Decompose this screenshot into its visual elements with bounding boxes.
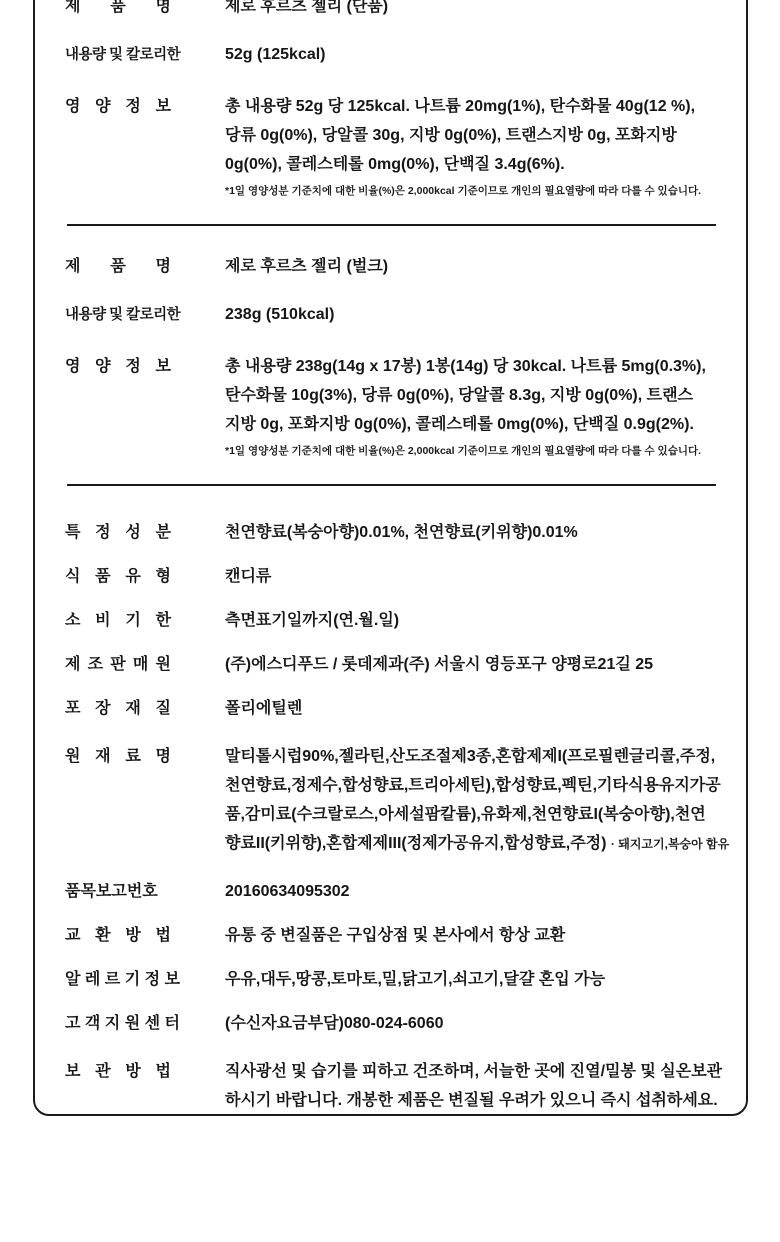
row-label: 내용량 및 칼로리한 [65,44,225,66]
row-value: 측면표기일까지(연.월.일) [225,610,740,632]
row-label-text: 보 관 방 법 [65,1057,171,1086]
row-value-text: 제로 후르츠 젤리 (벌크) [225,256,740,278]
row-value: (수신자요금부담)080-024-6060 [225,1013,740,1035]
table-row: 특 정 성 분 천연향료(복숭아향)0.01%, 천연향료(키위향)0.01% [65,522,740,544]
row-label-text: 교 환 방 법 [65,925,171,947]
table-row: 내용량 및 칼로리한 52g (125kcal) [65,44,740,66]
row-label: 보 관 방 법 [65,1057,225,1086]
row-label-text: 소 비 기 한 [65,610,171,632]
row-label-text: 제 조 판 매 원 [65,654,171,676]
section-product-bulk: 제 품 명 제로 후르츠 젤리 (벌크) 내용량 및 칼로리한 238g (51… [65,256,740,458]
row-value-text: 20160634095302 [225,881,740,903]
ingredients-text: 말티톨시럽90%,젤라틴,산도조절제3종,혼합제제I(프로필렌글리콜,주정, 천… [225,742,740,859]
table-row: 제 품 명 제로 후르츠 젤리 (단품) [65,0,740,18]
row-value-text: 캔디류 [225,566,740,588]
row-value: 말티톨시럽90%,젤라틴,산도조절제3종,혼합제제I(프로필렌글리콜,주정, 천… [225,742,740,859]
row-label: 제 조 판 매 원 [65,654,225,676]
row-label: 포 장 재 질 [65,698,225,720]
row-value-text: 238g (510kcal) [225,304,740,326]
section-divider [67,224,716,226]
row-label: 영 양 정 보 [65,92,225,121]
row-label-text: 특 정 성 분 [65,522,171,544]
row-value: 20160634095302 [225,881,740,903]
row-value-text: 우유,대두,땅콩,토마토,밀,닭고기,쇠고기,달걀 혼입 가능 [225,969,740,991]
row-label: 식 품 유 형 [65,566,225,588]
table-row: 영 양 정 보 총 내용량 238g(14g x 17봉) 1봉(14g) 당 … [65,352,740,458]
section-divider [67,484,716,486]
nutrition-text: 총 내용량 238g(14g x 17봉) 1봉(14g) 당 30kcal. … [225,352,740,439]
table-row: 제 조 판 매 원 (주)에스디푸드 / 롯데제과(주) 서울시 영등포구 양평… [65,654,740,676]
nutrition-text: 총 내용량 52g 당 125kcal. 나트륨 20mg(1%), 탄수화물 … [225,92,740,179]
row-label: 특 정 성 분 [65,522,225,544]
row-value: 폴리에틸렌 [225,698,740,720]
nutrition-footnote: *1일 영양성분 기준치에 대한 비율(%)은 2,000kcal 기준이므로 … [225,444,740,458]
table-row: 보 관 방 법 직사광선 및 습기를 피하고 건조하며, 서늘한 곳에 진열/밀… [65,1057,740,1115]
table-row: 원 재 료 명 말티톨시럽90%,젤라틴,산도조절제3종,혼합제제I(프로필렌글… [65,742,740,859]
table-row: 교 환 방 법 유통 중 변질품은 구입상점 및 본사에서 항상 교환 [65,925,740,947]
row-value-text: 폴리에틸렌 [225,698,740,720]
row-value: 우유,대두,땅콩,토마토,밀,닭고기,쇠고기,달걀 혼입 가능 [225,969,740,991]
table-row: 고 객 지 원 센 터 (수신자요금부담)080-024-6060 [65,1013,740,1035]
row-label: 내용량 및 칼로리한 [65,304,225,326]
row-label-text: 고 객 지 원 센 터 [65,1013,171,1035]
allergen-note: · 돼지고기,복숭아 함유 [611,837,729,851]
row-value: 총 내용량 52g 당 125kcal. 나트륨 20mg(1%), 탄수화물 … [225,92,740,198]
row-label: 고 객 지 원 센 터 [65,1013,225,1035]
row-label-text: 영 양 정 보 [65,92,171,121]
row-value: 제로 후르츠 젤리 (벌크) [225,256,740,278]
storage-text: 직사광선 및 습기를 피하고 건조하며, 서늘한 곳에 진열/밀봉 및 실온보관… [225,1057,740,1115]
row-value: 직사광선 및 습기를 피하고 건조하며, 서늘한 곳에 진열/밀봉 및 실온보관… [225,1057,740,1115]
table-row: 식 품 유 형 캔디류 [65,566,740,588]
row-label: 알 레 르 기 정 보 [65,969,225,991]
section-product-single: 제 품 명 제로 후르츠 젤리 (단품) 내용량 및 칼로리한 52g (125… [65,0,740,198]
row-value: 제로 후르츠 젤리 (단품) [225,0,740,18]
row-value: 유통 중 변질품은 구입상점 및 본사에서 항상 교환 [225,925,740,947]
table-row: 품목보고번호 20160634095302 [65,881,740,903]
table-row: 영 양 정 보 총 내용량 52g 당 125kcal. 나트륨 20mg(1%… [65,92,740,198]
row-value-text: 유통 중 변질품은 구입상점 및 본사에서 항상 교환 [225,925,740,947]
row-label: 원 재 료 명 [65,742,225,771]
row-label: 제 품 명 [65,256,225,278]
row-value-text: 52g (125kcal) [225,44,740,66]
table-row: 내용량 및 칼로리한 238g (510kcal) [65,304,740,326]
section-general-info: 특 정 성 분 천연향료(복숭아향)0.01%, 천연향료(키위향)0.01% … [65,522,740,1115]
row-value: 52g (125kcal) [225,44,740,66]
row-value: 천연향료(복숭아향)0.01%, 천연향료(키위향)0.01% [225,522,740,544]
row-label-text: 원 재 료 명 [65,742,171,771]
row-label-text: 제 품 명 [65,256,171,278]
row-label-text: 포 장 재 질 [65,698,171,720]
product-info-panel: 제 품 명 제로 후르츠 젤리 (단품) 내용량 및 칼로리한 52g (125… [33,0,748,1116]
table-row: 제 품 명 제로 후르츠 젤리 (벌크) [65,256,740,278]
row-value-text: 제로 후르츠 젤리 (단품) [225,0,740,18]
table-row: 알 레 르 기 정 보 우유,대두,땅콩,토마토,밀,닭고기,쇠고기,달걀 혼입… [65,969,740,991]
row-value-text: 측면표기일까지(연.월.일) [225,610,740,632]
row-label: 교 환 방 법 [65,925,225,947]
table-row: 포 장 재 질 폴리에틸렌 [65,698,740,720]
nutrition-footnote: *1일 영양성분 기준치에 대한 비율(%)은 2,000kcal 기준이므로 … [225,184,740,198]
row-label-text: 영 양 정 보 [65,352,171,381]
row-value-text: (수신자요금부담)080-024-6060 [225,1013,740,1035]
table-row: 소 비 기 한 측면표기일까지(연.월.일) [65,610,740,632]
row-value-text: 천연향료(복숭아향)0.01%, 천연향료(키위향)0.01% [225,522,740,544]
row-value-text: (주)에스디푸드 / 롯데제과(주) 서울시 영등포구 양평로21길 25 [225,654,740,676]
row-value: 총 내용량 238g(14g x 17봉) 1봉(14g) 당 30kcal. … [225,352,740,458]
row-value: (주)에스디푸드 / 롯데제과(주) 서울시 영등포구 양평로21길 25 [225,654,740,676]
row-label: 제 품 명 [65,0,225,18]
row-value: 캔디류 [225,566,740,588]
row-label-text: 제 품 명 [65,0,171,18]
row-label: 영 양 정 보 [65,352,225,381]
row-label: 소 비 기 한 [65,610,225,632]
row-label: 품목보고번호 [65,881,225,903]
row-label-text: 알 레 르 기 정 보 [65,969,171,991]
row-label-text: 식 품 유 형 [65,566,171,588]
row-value: 238g (510kcal) [225,304,740,326]
